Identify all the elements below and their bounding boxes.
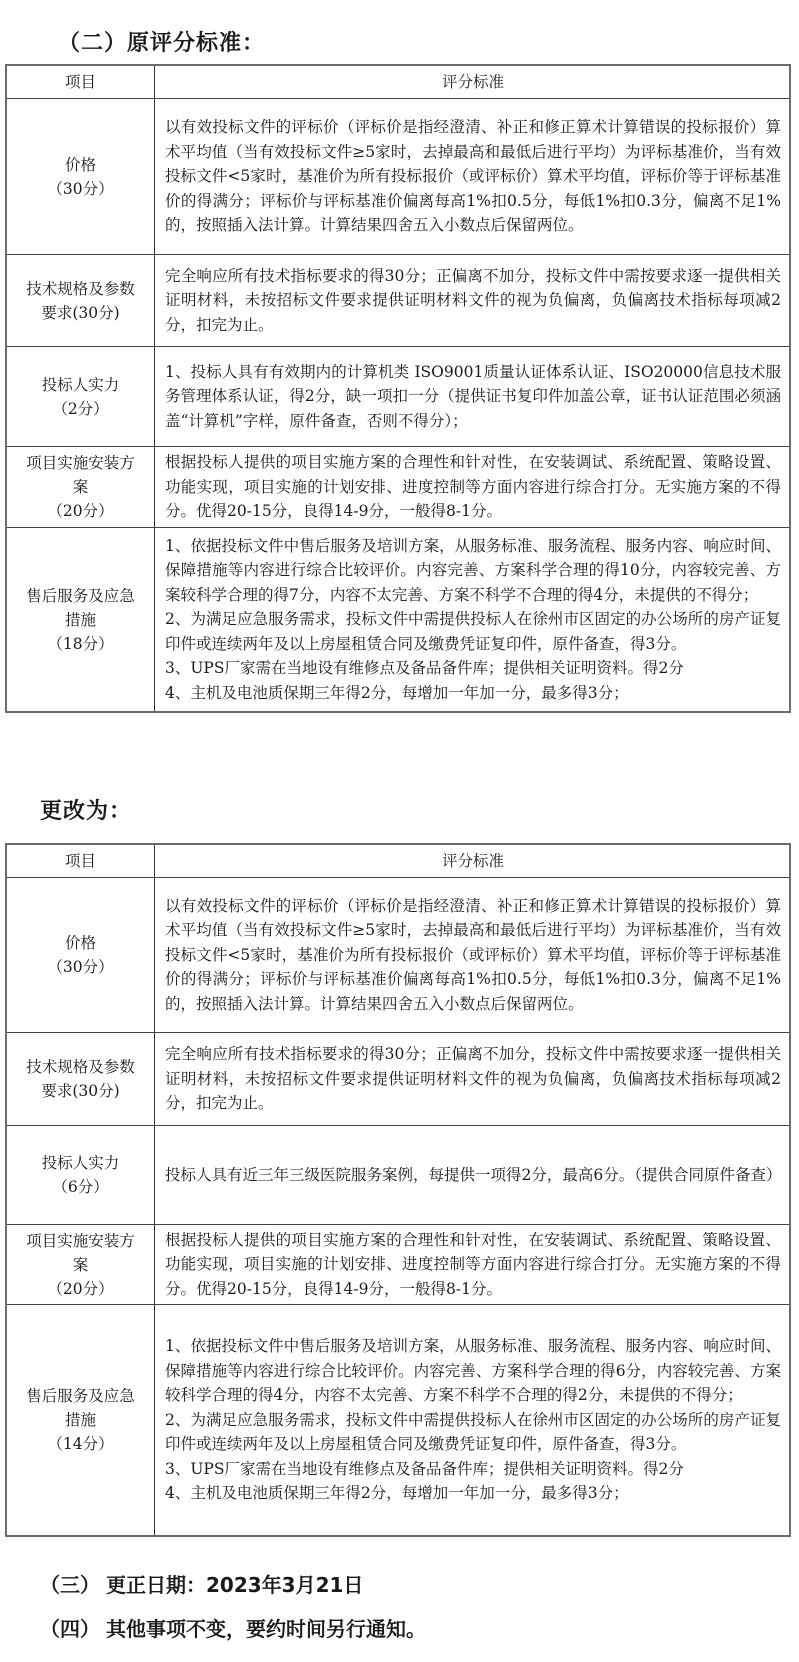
- header-item: 项目: [7, 66, 155, 98]
- row-criteria: 1、依据投标文件中售后服务及培训方案，从服务标准、服务流程、服务内容、响应时间、…: [155, 1305, 789, 1535]
- table-row-implementation: 项目实施安装方 案 （20分） 根据投标人提供的项目实施方案的合理性和针对性，在…: [7, 446, 789, 527]
- row-criteria: 1、投标人具有有效期内的计算机类 ISO9001质量认证体系认证、ISO2000…: [155, 347, 789, 446]
- row-criteria: 1、依据投标文件中售后服务及培训方案，从服务标准、服务流程、服务内容、响应时间、…: [155, 528, 789, 711]
- item-number: （三）: [40, 1569, 106, 1598]
- section-heading-changed: 更改为：: [40, 794, 132, 825]
- table-row-bidder: 投标人实力 （2分） 1、投标人具有有效期内的计算机类 ISO9001质量认证体…: [7, 346, 789, 446]
- row-item-label: 价格 （30分）: [7, 99, 155, 254]
- item-number: （四）: [40, 1613, 106, 1642]
- row-item-label: 投标人实力 （6分）: [7, 1126, 155, 1224]
- row-item-label: 投标人实力 （2分）: [7, 347, 155, 446]
- table-row-after-sales: 售后服务及应急 措施 （18分） 1、依据投标文件中售后服务及培训方案，从服务标…: [7, 527, 789, 711]
- other-matters-line: （四）其他事项不变，要约时间另行通知。: [40, 1613, 426, 1642]
- table-row-price: 价格 （30分） 以有效投标文件的评标价（评标价是指经澄清、补正和修正算术计算错…: [7, 98, 789, 254]
- row-item-label: 价格 （30分）: [7, 878, 155, 1032]
- table-row-after-sales: 售后服务及应急 措施 （14分） 1、依据投标文件中售后服务及培训方案，从服务标…: [7, 1304, 789, 1535]
- correction-date-text: 更正日期：2023年3月21日: [106, 1573, 363, 1597]
- row-item-label: 技术规格及参数 要求(30分): [7, 255, 155, 346]
- header-item: 项目: [7, 845, 155, 877]
- row-criteria: 完全响应所有技术指标要求的得30分；正偏离不加分，投标文件中需按要求逐一提供相关…: [155, 1033, 789, 1125]
- section-heading-original: （二）原评分标准：: [58, 26, 265, 57]
- row-criteria: 以有效投标文件的评标价（评标价是指经澄清、补正和修正算术计算错误的投标报价）算术…: [155, 878, 789, 1032]
- row-criteria: 投标人具有近三年三级医院服务案例，每提供一项得2分，最高6分。（提供合同原件备查…: [155, 1126, 789, 1224]
- row-item-label: 项目实施安装方 案 （20分）: [7, 1225, 155, 1304]
- table-row-tech: 技术规格及参数 要求(30分) 完全响应所有技术指标要求的得30分；正偏离不加分…: [7, 1032, 789, 1125]
- header-criteria: 评分标准: [155, 66, 789, 98]
- other-matters-text: 其他事项不变，要约时间另行通知。: [106, 1617, 426, 1641]
- correction-date-line: （三）更正日期：2023年3月21日: [40, 1569, 363, 1598]
- row-criteria: 根据投标人提供的项目实施方案的合理性和针对性，在安装调试、系统配置、策略设置、功…: [155, 447, 789, 527]
- row-criteria: 根据投标人提供的项目实施方案的合理性和针对性，在安装调试、系统配置、策略设置、功…: [155, 1225, 789, 1304]
- row-criteria: 以有效投标文件的评标价（评标价是指经澄清、补正和修正算术计算错误的投标报价）算术…: [155, 99, 789, 254]
- header-criteria: 评分标准: [155, 845, 789, 877]
- row-criteria: 完全响应所有技术指标要求的得30分；正偏离不加分，投标文件中需按要求逐一提供相关…: [155, 255, 789, 346]
- table-row-implementation: 项目实施安装方 案 （20分） 根据投标人提供的项目实施方案的合理性和针对性，在…: [7, 1224, 789, 1304]
- row-item-label: 项目实施安装方 案 （20分）: [7, 447, 155, 527]
- table-row-tech: 技术规格及参数 要求(30分) 完全响应所有技术指标要求的得30分；正偏离不加分…: [7, 254, 789, 346]
- row-item-label: 售后服务及应急 措施 （14分）: [7, 1305, 155, 1535]
- table-row-price: 价格 （30分） 以有效投标文件的评标价（评标价是指经澄清、补正和修正算术计算错…: [7, 877, 789, 1032]
- table-header-row: 项目 评分标准: [7, 845, 789, 877]
- changed-scoring-table: 项目 评分标准 价格 （30分） 以有效投标文件的评标价（评标价是指经澄清、补正…: [5, 843, 791, 1537]
- table-row-bidder: 投标人实力 （6分） 投标人具有近三年三级医院服务案例，每提供一项得2分，最高6…: [7, 1125, 789, 1224]
- row-item-label: 技术规格及参数 要求(30分): [7, 1033, 155, 1125]
- row-item-label: 售后服务及应急 措施 （18分）: [7, 528, 155, 711]
- original-scoring-table: 项目 评分标准 价格 （30分） 以有效投标文件的评标价（评标价是指经澄清、补正…: [5, 64, 791, 713]
- table-header-row: 项目 评分标准: [7, 66, 789, 98]
